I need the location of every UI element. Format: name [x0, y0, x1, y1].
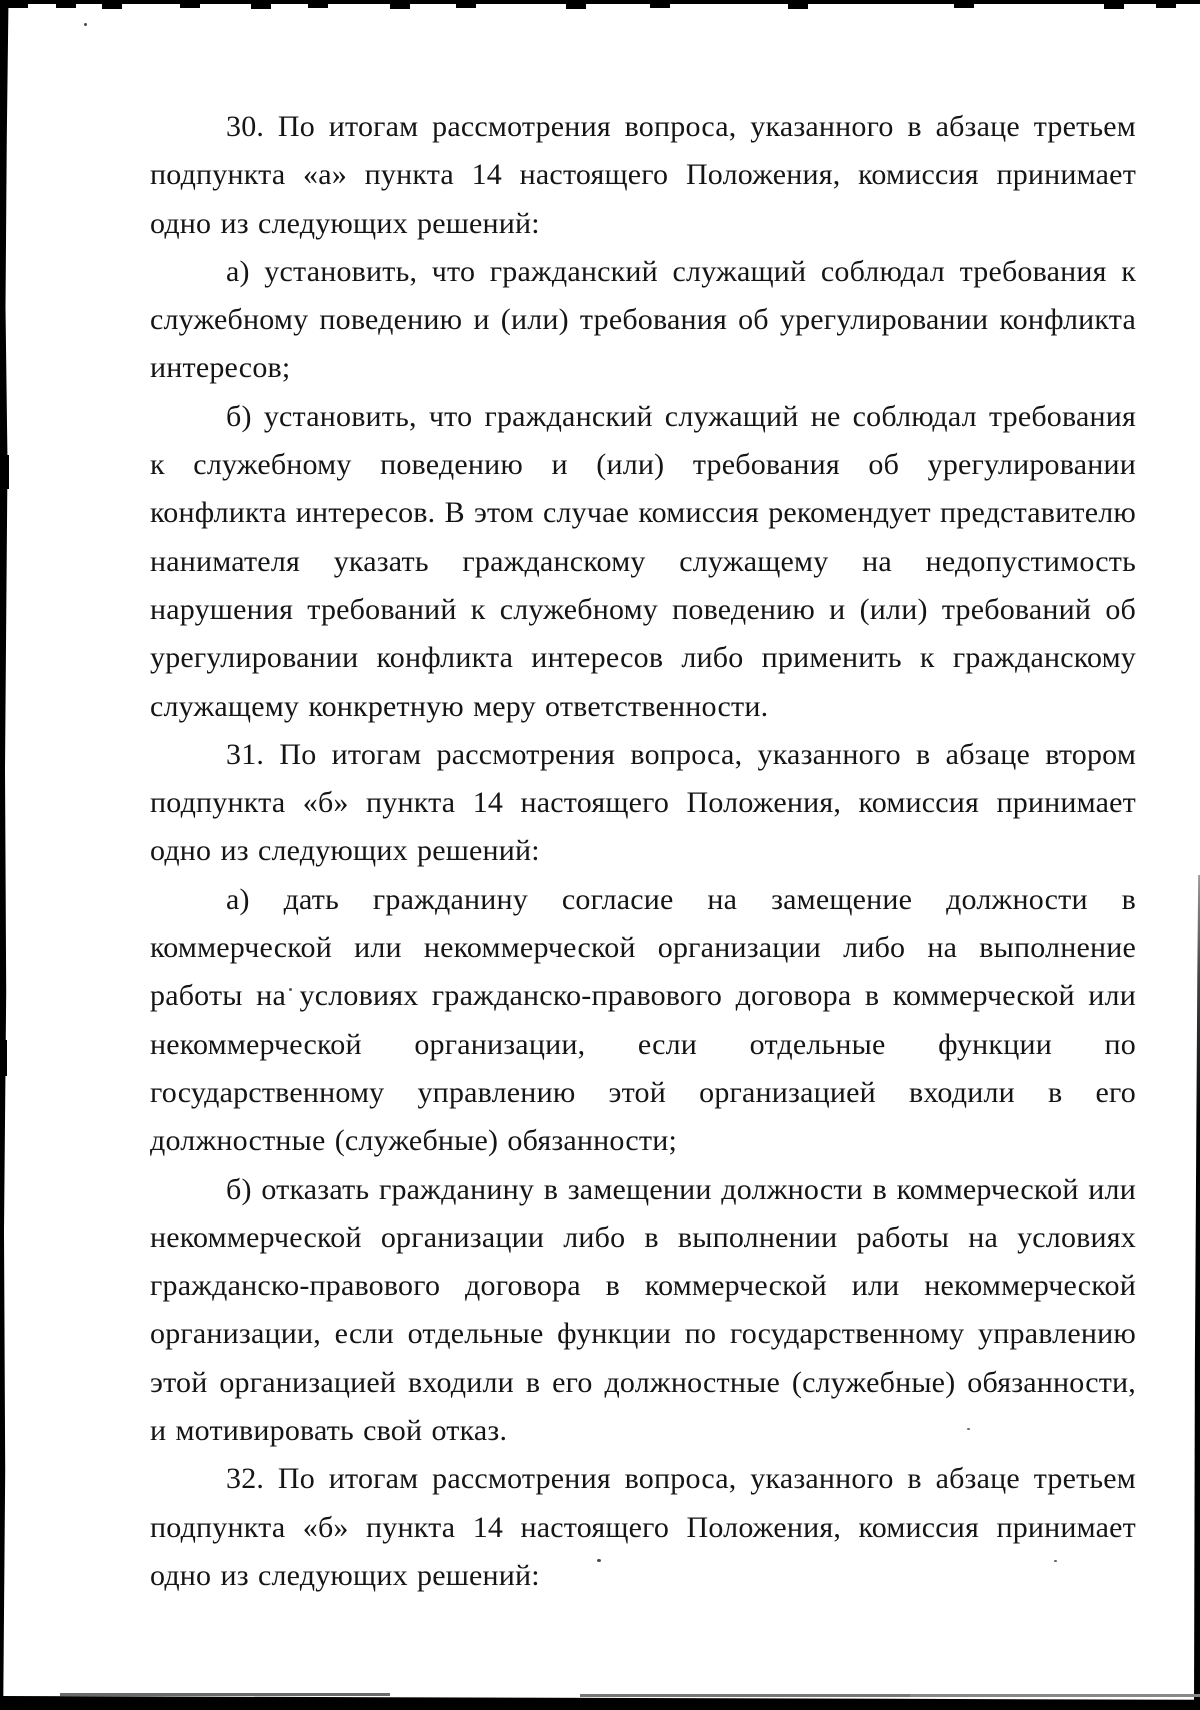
scan-edge-bottom [0, 1696, 1200, 1710]
scanned-document-page: 30. По итогам рассмотрения вопроса, указ… [0, 0, 1200, 1710]
scan-edge-left-bump [5, 455, 9, 489]
paragraph-31-item-b: б) отказать гражданину в замещении должн… [150, 1166, 1136, 1456]
document-body: 30. По итогам рассмотрения вопроса, указ… [150, 103, 1136, 1600]
paragraph-31: 31. По итогам рассмотрения вопроса, указ… [150, 731, 1136, 876]
paragraph-31-item-a: а) дать гражданину согласие на замещение… [150, 876, 1136, 1166]
paragraph-30-item-b: б) установить, что гражданский служащий … [150, 393, 1136, 731]
scan-speck [84, 23, 87, 26]
paragraph-30: 30. По итогам рассмотрения вопроса, указ… [150, 103, 1136, 248]
scan-edge-top [0, 0, 1200, 4]
paragraph-32: 32. По итогам рассмотрения вопроса, указ… [150, 1455, 1136, 1600]
scan-edge-top-ticks [8, 3, 28, 8]
paragraph-30-item-a: а) установить, что гражданский служащий … [150, 248, 1136, 393]
scan-edge-left-bump [4, 1040, 7, 1076]
scan-edge-right [1194, 875, 1200, 1710]
scan-edge-left [0, 0, 10, 1710]
